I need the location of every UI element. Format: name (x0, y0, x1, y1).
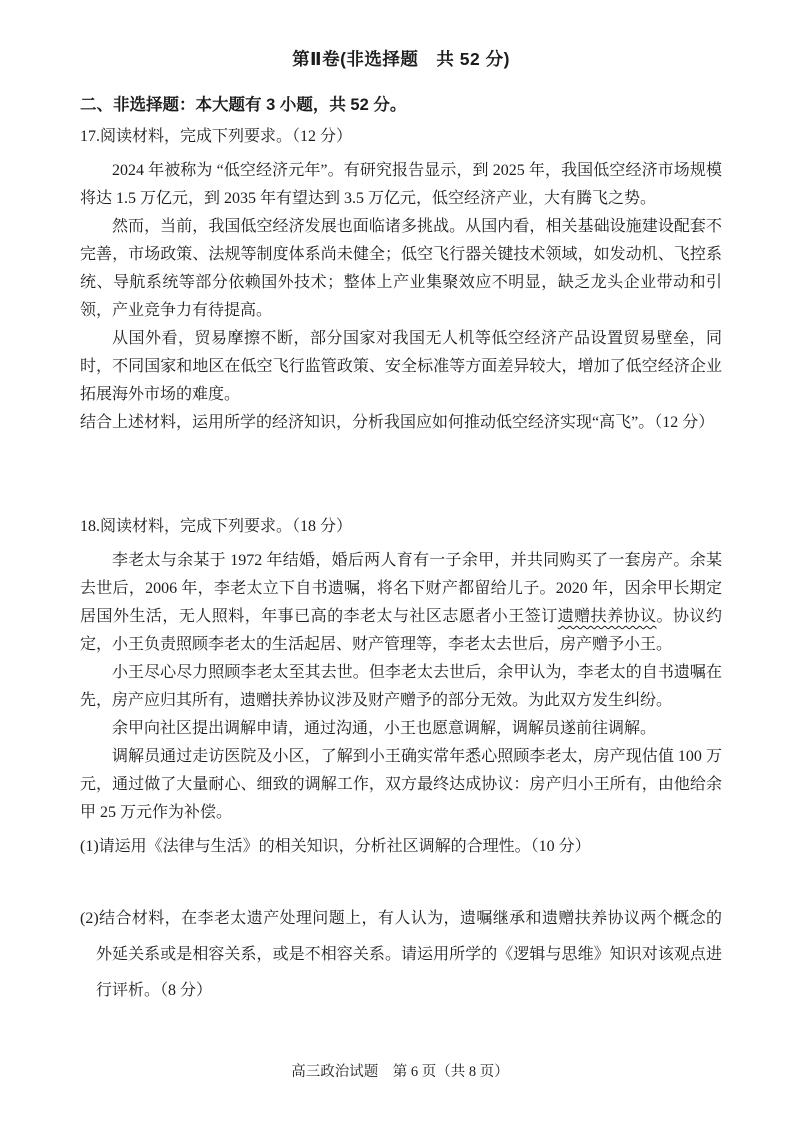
question-18-paragraph-4: 调解员通过走访医院及小区，了解到小王确实常年悉心照顾李老太，房产现估值 100 … (80, 743, 722, 827)
question-18-paragraph-2: 小王尽心尽力照顾李老太至其去世。但李老太去世后，余甲认为，李老太的自书遗嘱在先，… (80, 659, 722, 715)
question-17: 17.阅读材料，完成下列要求。（12 分） 2024 年被称为 “低空经济元年”… (80, 125, 722, 437)
section-heading: 二、非选择题：本大题有 3 小题，共 52 分。 (80, 91, 722, 115)
page-title: 第Ⅱ卷(非选择题 共 52 分) (80, 46, 722, 71)
page-footer: 高三政治试题 第 6 页（共 8 页） (0, 1060, 800, 1081)
question-17-heading: 17.阅读材料，完成下列要求。（12 分） (80, 125, 722, 149)
underlined-term-bequest-support-agreement: 遗赠扶养协议 (558, 608, 657, 625)
question-18-heading: 18.阅读材料，完成下列要求。（18 分） (80, 515, 722, 539)
exam-page: 第Ⅱ卷(非选择题 共 52 分) 二、非选择题：本大题有 3 小题，共 52 分… (0, 0, 800, 1131)
question-18-subquestion-1: (1)请运用《法律与生活》的相关知识，分析社区调解的合理性。（10 分） (80, 833, 722, 861)
question-17-prompt: 结合上述材料，运用所学的经济知识，分析我国应如何推动低空经济实现“高飞”。（12… (80, 409, 722, 437)
question-17-paragraph-3: 从国外看，贸易摩擦不断，部分国家对我国无人机等低空经济产品设置贸易壁垒，同时，不… (80, 325, 722, 409)
question-18-paragraph-1: 李老太与余某于 1972 年结婚，婚后两人育有一子余甲，并共同购买了一套房产。余… (80, 547, 722, 659)
question-17-paragraph-1: 2024 年被称为 “低空经济元年”。有研究报告显示，到 2025 年，我国低空… (80, 157, 722, 213)
question-17-paragraph-2: 然而，当前，我国低空经济发展也面临诸多挑战。从国内看，相关基础设施建设配套不完善… (80, 213, 722, 325)
question-18: 18.阅读材料，完成下列要求。（18 分） 李老太与余某于 1972 年结婚，婚… (80, 515, 722, 1009)
question-18-subquestion-2: (2)结合材料，在李老太遗产处理问题上，有人认为，遗嘱继承和遗赠扶养协议两个概念… (80, 901, 722, 1009)
question-18-paragraph-3: 余甲向社区提出调解申请，通过沟通，小王也愿意调解，调解员遂前往调解。 (80, 715, 722, 743)
